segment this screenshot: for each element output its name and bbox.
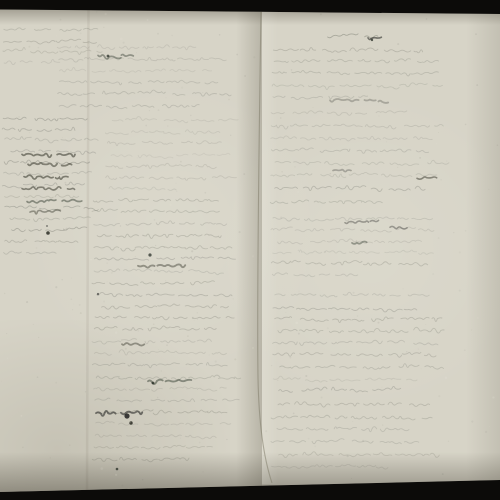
paper-grain-dot (165, 280, 166, 281)
paper-fiber-dot (217, 130, 218, 131)
paper-grain-dot (226, 439, 227, 440)
paper-grain-dot (29, 132, 30, 133)
paper-fiber-dot (105, 13, 107, 15)
paper-grain-dot (62, 279, 63, 280)
paper-fiber-dot (129, 421, 131, 423)
paper-grain-dot (281, 171, 283, 173)
paper-grain-dot (471, 329, 473, 331)
paper-grain-dot (26, 301, 28, 303)
paper-fiber-dot (34, 249, 35, 250)
paper-grain-dot (181, 87, 183, 89)
paper-grain-dot (55, 286, 57, 288)
paper-fiber-dot (66, 138, 67, 139)
paper-grain-dot (403, 288, 404, 289)
paper-grain-dot (425, 324, 426, 325)
paper-grain-dot (38, 47, 40, 49)
paper-grain-dot (166, 344, 168, 346)
paper-grain-dot (426, 18, 428, 20)
ink-speck (107, 55, 110, 58)
paper-grain-dot (135, 256, 136, 257)
paper-grain-dot (66, 228, 68, 230)
paper-grain-dot (397, 227, 399, 229)
paper-grain-dot (106, 262, 108, 264)
paper-fiber-dot (252, 255, 254, 257)
paper-grain-dot (73, 304, 74, 305)
paper-grain-dot (330, 173, 331, 174)
paper-fiber-dot (56, 35, 57, 36)
paper-grain-dot (471, 421, 473, 423)
paper-fiber-dot (21, 415, 23, 417)
paper-grain-dot (327, 327, 329, 329)
paper-grain-dot (208, 234, 209, 235)
paper-grain-dot (67, 82, 68, 83)
paper-grain-dot (171, 35, 172, 36)
paper-grain-dot (22, 447, 23, 448)
paper-grain-dot (176, 191, 177, 192)
paper-grain-dot (294, 166, 295, 167)
paper-grain-dot (485, 431, 487, 433)
paper-grain-dot (136, 52, 137, 53)
paper-grain-dot (88, 42, 90, 44)
paper-grain-dot (69, 445, 70, 446)
paper-grain-dot (353, 292, 355, 294)
paper-fiber-dot (85, 371, 86, 372)
ink-speck (116, 468, 119, 471)
paper-grain-dot (190, 115, 191, 116)
paper-grain-dot (448, 441, 449, 442)
paper-fiber-dot (489, 426, 490, 427)
paper-grain-dot (298, 333, 300, 335)
paper-grain-dot (219, 34, 221, 36)
paper-grain-dot (202, 92, 203, 93)
paper-grain-dot (419, 157, 421, 159)
paper-grain-dot (324, 251, 326, 253)
paper-fiber-dot (115, 332, 117, 334)
paper-grain-dot (154, 219, 156, 221)
paper-grain-dot (378, 88, 380, 90)
paper-grain-dot (36, 247, 38, 249)
paper-grain-dot (476, 84, 478, 86)
paper-fiber-dot (147, 19, 149, 21)
paper-grain-dot (161, 370, 162, 371)
paper-grain-dot (340, 172, 342, 174)
ink-speck (152, 382, 155, 385)
paper-grain-dot (351, 478, 352, 479)
paper-grain-dot (305, 375, 307, 377)
paper-grain-dot (155, 245, 156, 246)
paper-grain-dot (142, 479, 143, 480)
right-edge-shade (466, 12, 500, 482)
paper-grain-dot (418, 348, 419, 349)
paper-grain-dot (4, 293, 5, 294)
paper-grain-dot (362, 440, 364, 442)
paper-grain-dot (263, 455, 264, 456)
paper-grain-dot (111, 272, 113, 274)
paper-grain-dot (37, 376, 39, 378)
paper-grain-dot (236, 54, 238, 56)
paper-grain-dot (18, 116, 20, 118)
paper-grain-dot (202, 471, 204, 473)
paper-grain-dot (132, 362, 133, 363)
paper-grain-dot (378, 322, 380, 324)
paper-grain-dot (465, 124, 467, 126)
paper-grain-dot (199, 442, 201, 444)
paper-grain-dot (123, 42, 125, 44)
paper-fiber-dot (297, 191, 299, 193)
paper-fiber-dot (90, 259, 92, 261)
paper-grain-dot (244, 75, 246, 77)
paper-grain-dot (308, 438, 310, 440)
paper-grain-dot (464, 349, 466, 351)
paper-grain-dot (175, 183, 176, 184)
paper-grain-dot (475, 33, 477, 35)
ink-speck (148, 253, 151, 256)
paper-grain-dot (157, 397, 158, 398)
ink-speck (46, 231, 50, 235)
paper-grain-dot (85, 391, 86, 392)
paper-grain-dot (280, 117, 282, 119)
paper-grain-dot (4, 50, 5, 51)
paper-grain-dot (50, 457, 51, 458)
paper-grain-dot (149, 110, 150, 111)
paper-fiber-dot (115, 474, 117, 476)
paper-grain-dot (103, 27, 104, 28)
ink-speck (124, 413, 129, 418)
ink-speck (97, 293, 99, 295)
paper-grain-dot (459, 251, 461, 253)
paper-grain-dot (352, 421, 353, 422)
paper-grain-dot (167, 125, 169, 127)
paper-grain-dot (80, 33, 82, 35)
paper-grain-dot (191, 250, 193, 252)
paper-grain-dot (158, 109, 160, 111)
paper-grain-dot (180, 438, 181, 439)
paper-grain-dot (96, 11, 98, 13)
paper-grain-dot (442, 473, 444, 475)
paper-fiber-dot (169, 204, 172, 207)
paper-grain-dot (125, 348, 127, 350)
paper-grain-dot (320, 13, 322, 15)
paper-grain-dot (438, 132, 439, 133)
paper-fiber-dot (492, 396, 494, 398)
paper-fiber-dot (445, 377, 448, 380)
ink-speck (46, 225, 48, 227)
manuscript-photo (0, 0, 500, 500)
paper-grain-dot (84, 138, 86, 140)
paper-fiber-dot (295, 322, 298, 325)
paper-fiber-dot (66, 162, 67, 163)
paper-grain-dot (204, 192, 206, 194)
paper-grain-dot (435, 456, 437, 458)
paper-grain-dot (280, 216, 282, 218)
manuscript-scan (0, 0, 500, 500)
paper-grain-dot (6, 333, 7, 334)
paper-grain-dot (446, 161, 447, 162)
paper-grain-dot (350, 222, 352, 224)
paper-grain-dot (382, 387, 383, 388)
paper-grain-dot (36, 199, 38, 201)
paper-grain-dot (321, 396, 323, 398)
paper-fiber-dot (436, 143, 437, 144)
paper-fiber-dot (68, 71, 69, 72)
paper-grain-dot (347, 455, 349, 457)
paper-grain-dot (158, 349, 159, 350)
paper-grain-dot (421, 368, 422, 369)
paper-grain-dot (397, 43, 399, 45)
paper-grain-dot (157, 33, 159, 35)
paper-grain-dot (232, 298, 234, 300)
paper-grain-dot (215, 360, 217, 362)
paper-grain-dot (438, 237, 440, 239)
paper-grain-dot (80, 312, 82, 314)
paper-grain-dot (230, 135, 231, 136)
paper-grain-dot (137, 157, 138, 158)
paper-fiber-dot (429, 161, 431, 163)
paper-grain-dot (72, 309, 73, 310)
paper-grain-dot (386, 141, 387, 142)
paper-grain-dot (382, 424, 383, 425)
paper-grain-dot (71, 278, 72, 279)
paper-grain-dot (289, 357, 291, 359)
paper-grain-dot (153, 323, 155, 325)
paper-grain-dot (28, 46, 30, 48)
paper-grain-dot (145, 125, 147, 127)
paper-grain-dot (197, 312, 199, 314)
paper-grain-dot (285, 312, 286, 313)
paper-grain-dot (209, 354, 210, 355)
paper-grain-dot (38, 337, 39, 338)
paper-fiber-dot (63, 130, 64, 131)
paper-grain-dot (243, 173, 245, 175)
paper-grain-dot (186, 389, 187, 390)
paper-grain-dot (166, 97, 167, 98)
paper-grain-dot (180, 161, 182, 163)
paper-fiber-dot (477, 317, 479, 319)
paper-fiber-dot (7, 357, 9, 359)
paper-grain-dot (277, 380, 278, 381)
paper-grain-dot (459, 290, 461, 292)
paper-grain-dot (271, 365, 272, 366)
paper-grain-dot (60, 19, 62, 21)
paper-grain-dot (121, 484, 123, 486)
paper-grain-dot (64, 182, 66, 184)
paper-grain-dot (397, 167, 399, 169)
paper-grain-dot (432, 273, 434, 275)
paper-grain-dot (192, 317, 194, 319)
gutter-highlight-right (262, 10, 278, 484)
paper-grain-dot (312, 107, 313, 108)
paper-grain-dot (239, 231, 241, 233)
paper-grain-dot (120, 225, 121, 226)
paper-fiber-dot (100, 467, 103, 470)
paper-grain-dot (70, 298, 72, 300)
paper-fiber-dot (252, 347, 254, 349)
paper-grain-dot (62, 137, 63, 138)
paper-grain-dot (103, 301, 105, 303)
paper-grain-dot (228, 309, 229, 310)
paper-grain-dot (107, 281, 108, 282)
paper-grain-dot (291, 69, 293, 71)
ink-speck (371, 39, 373, 41)
paper-grain-dot (265, 430, 267, 432)
paper-grain-dot (137, 330, 139, 332)
paper-grain-dot (113, 306, 115, 308)
paper-grain-dot (33, 324, 34, 325)
paper-grain-dot (314, 445, 316, 447)
paper-grain-dot (253, 56, 255, 58)
paper-grain-dot (488, 189, 489, 190)
paper-grain-dot (55, 382, 57, 384)
paper-grain-dot (234, 358, 236, 360)
paper-grain-dot (79, 304, 81, 306)
bottom-left-corner-shade (0, 320, 230, 492)
paper-grain-dot (440, 179, 441, 180)
paper-grain-dot (194, 320, 195, 321)
paper-grain-dot (406, 351, 407, 352)
paper-grain-dot (187, 335, 189, 337)
paper-grain-dot (298, 250, 299, 251)
paper-fiber-dot (120, 37, 123, 40)
paper-grain-dot (33, 164, 35, 166)
paper-grain-dot (298, 291, 299, 292)
paper-grain-dot (357, 315, 358, 316)
paper-grain-dot (293, 413, 295, 415)
paper-grain-dot (228, 99, 230, 101)
paper-fiber-dot (57, 113, 58, 114)
paper-grain-dot (465, 230, 467, 232)
paper-grain-dot (497, 144, 498, 145)
paper-grain-dot (453, 232, 454, 233)
paper-grain-dot (197, 319, 198, 320)
paper-grain-dot (1, 381, 2, 382)
paper-grain-dot (379, 116, 380, 117)
paper-grain-dot (438, 395, 440, 397)
